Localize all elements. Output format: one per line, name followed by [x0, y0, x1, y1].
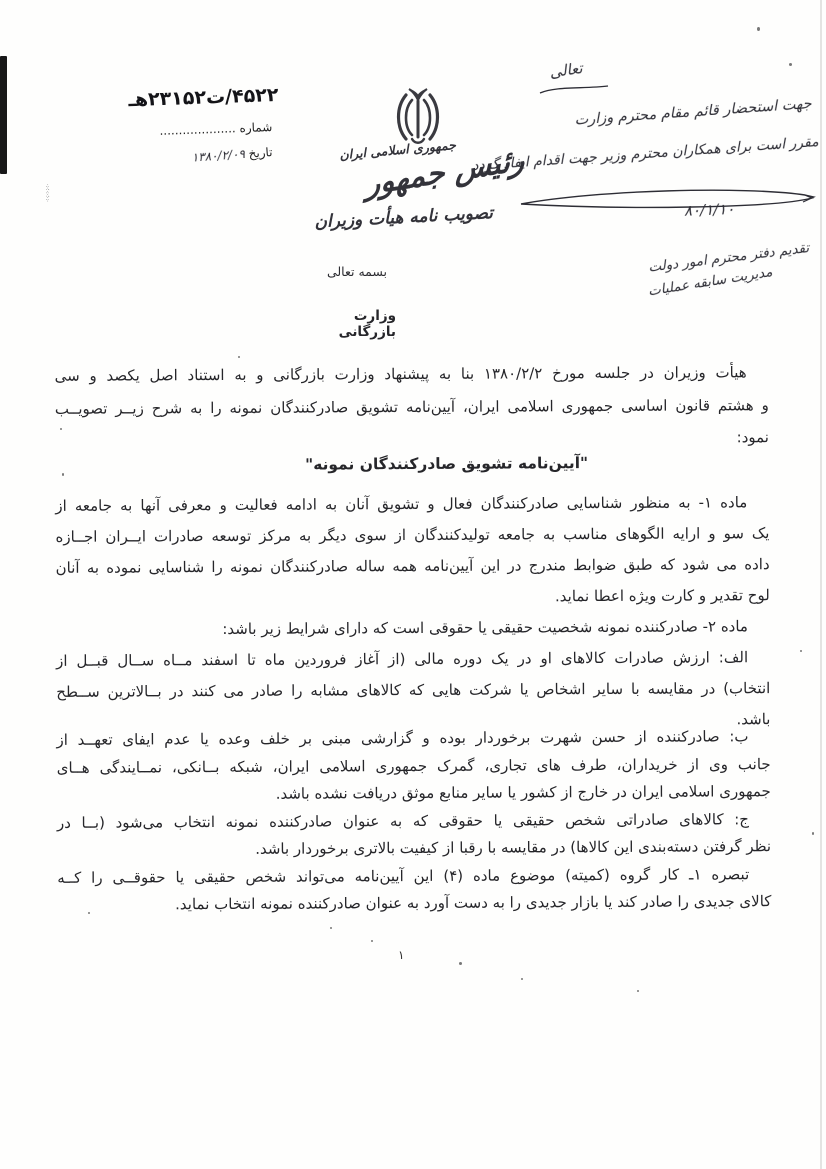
margin-micro-mark: ·:·؛·:·؛·:·	[44, 184, 50, 250]
body-line: جانب وی از خریداران، طرف های تجاری، گمرک…	[57, 751, 771, 782]
scan-speck	[371, 940, 373, 942]
handwritten-note-line1: جهت استحضار قائم مقام محترم وزارت	[477, 96, 812, 135]
date-value-handwritten: ۱۳۸۰/۲/۰۹	[191, 147, 245, 165]
body-line: ب: صادرکننده از حسن شهرت برخوردار بوده و…	[56, 723, 770, 754]
decree-body: هیأت وزیران در جلسه مورخ ۱۳۸۰/۲/۲ بنا به…	[55, 356, 772, 919]
body-line: کالای جدیدی را صادر کند یا بازار جدیدی ر…	[57, 888, 771, 919]
scan-speck	[812, 832, 814, 835]
body-line: تبصره ۱ـ کار گروه (کمیته) موضوع ماده (۴)…	[57, 861, 771, 892]
scan-speck	[800, 650, 802, 652]
page-number: ۱	[398, 948, 404, 962]
body-line: جمهوری اسلامی ایران در خارج از کشور یا س…	[57, 778, 771, 809]
scan-speck	[88, 912, 90, 914]
body-line: انتخاب) در مقایسه با سایر اشخاص یا شرکت …	[56, 673, 770, 708]
body-line: ماده ۲- صادرکننده نمونه شخصیت حقیقی یا ح…	[56, 611, 770, 646]
scan-speck	[60, 428, 62, 430]
scan-speck	[330, 927, 332, 929]
scan-speck	[521, 978, 523, 980]
recipient-ministry: وزارت بازرگانی	[306, 308, 396, 340]
handwritten-note-line2: مقرر است برای همکاران محترم وزیر جهت اقد…	[461, 134, 819, 175]
scan-speck	[459, 962, 462, 965]
taali-underline-stroke	[538, 84, 610, 96]
scanned-document-page: ·:·؛·:·؛·:· ۴۵۲۲/ت۲۳۱۵۲هـ شماره ........…	[0, 0, 826, 1169]
number-field: شماره ....................	[148, 120, 272, 138]
body-line: هیأت وزیران در جلسه مورخ ۱۳۸۰/۲/۲ بنا به…	[55, 356, 769, 392]
besmellah: بسمه تعالی	[322, 264, 392, 279]
handwritten-taali: تعالی	[548, 59, 583, 81]
scan-speck	[789, 63, 792, 66]
scan-edge-bar	[0, 56, 7, 174]
body-line: لوح تقدیر و کارت ویژه اعطا نماید.	[56, 580, 770, 615]
article-1-and-2: ماده ۱- به منظور شناسایی صادرکنندگان فعا…	[55, 487, 770, 739]
body-line: یک سو و ارایه الگوهای مناسب به جامعه تول…	[55, 518, 769, 553]
date-label: تاریخ	[248, 145, 273, 161]
body-line: ج: کالاهای صادراتی شخص حقیقی یا حقوقی که…	[57, 806, 771, 837]
date-field: تاریخ ۱۳۸۰/۲/۰۹	[130, 145, 273, 169]
scan-speck	[238, 356, 240, 358]
number-label: شماره	[239, 120, 272, 135]
number-dots: ....................	[159, 121, 236, 138]
scan-edge-line	[820, 0, 822, 1169]
body-line: و هشتم قانون اساسی جمهوری اسلامی ایران، …	[55, 389, 769, 425]
body-line: الف: ارزش صادرات کالاهای او در یک دوره م…	[56, 642, 770, 677]
regulation-title: "آیین‌نامه تشویق صادرکنندگان نمونه"	[124, 446, 769, 482]
handwritten-sign-date: ۸۰/۱/۱۰	[584, 200, 735, 223]
decree-number: ۴۵۲۲/ت۲۳۱۵۲هـ	[126, 84, 279, 111]
scan-speck	[62, 473, 64, 476]
document-type: تصویب نامه هیأت وزیران	[343, 203, 494, 231]
body-line: ماده ۱- به منظور شناسایی صادرکنندگان فعا…	[55, 487, 769, 522]
intro-paragraph: هیأت وزیران در جلسه مورخ ۱۳۸۰/۲/۲ بنا به…	[55, 356, 770, 482]
scan-speck	[637, 990, 639, 992]
body-line: داده می شود که طبق ضوابط مندرج در این آی…	[56, 549, 770, 584]
body-line: نظر گرفتن دسته‌بندی این کالاها) در مقایس…	[57, 833, 771, 864]
scan-speck	[757, 27, 760, 31]
clauses-b-c-note: ب: صادرکننده از حسن شهرت برخوردار بوده و…	[56, 723, 771, 919]
